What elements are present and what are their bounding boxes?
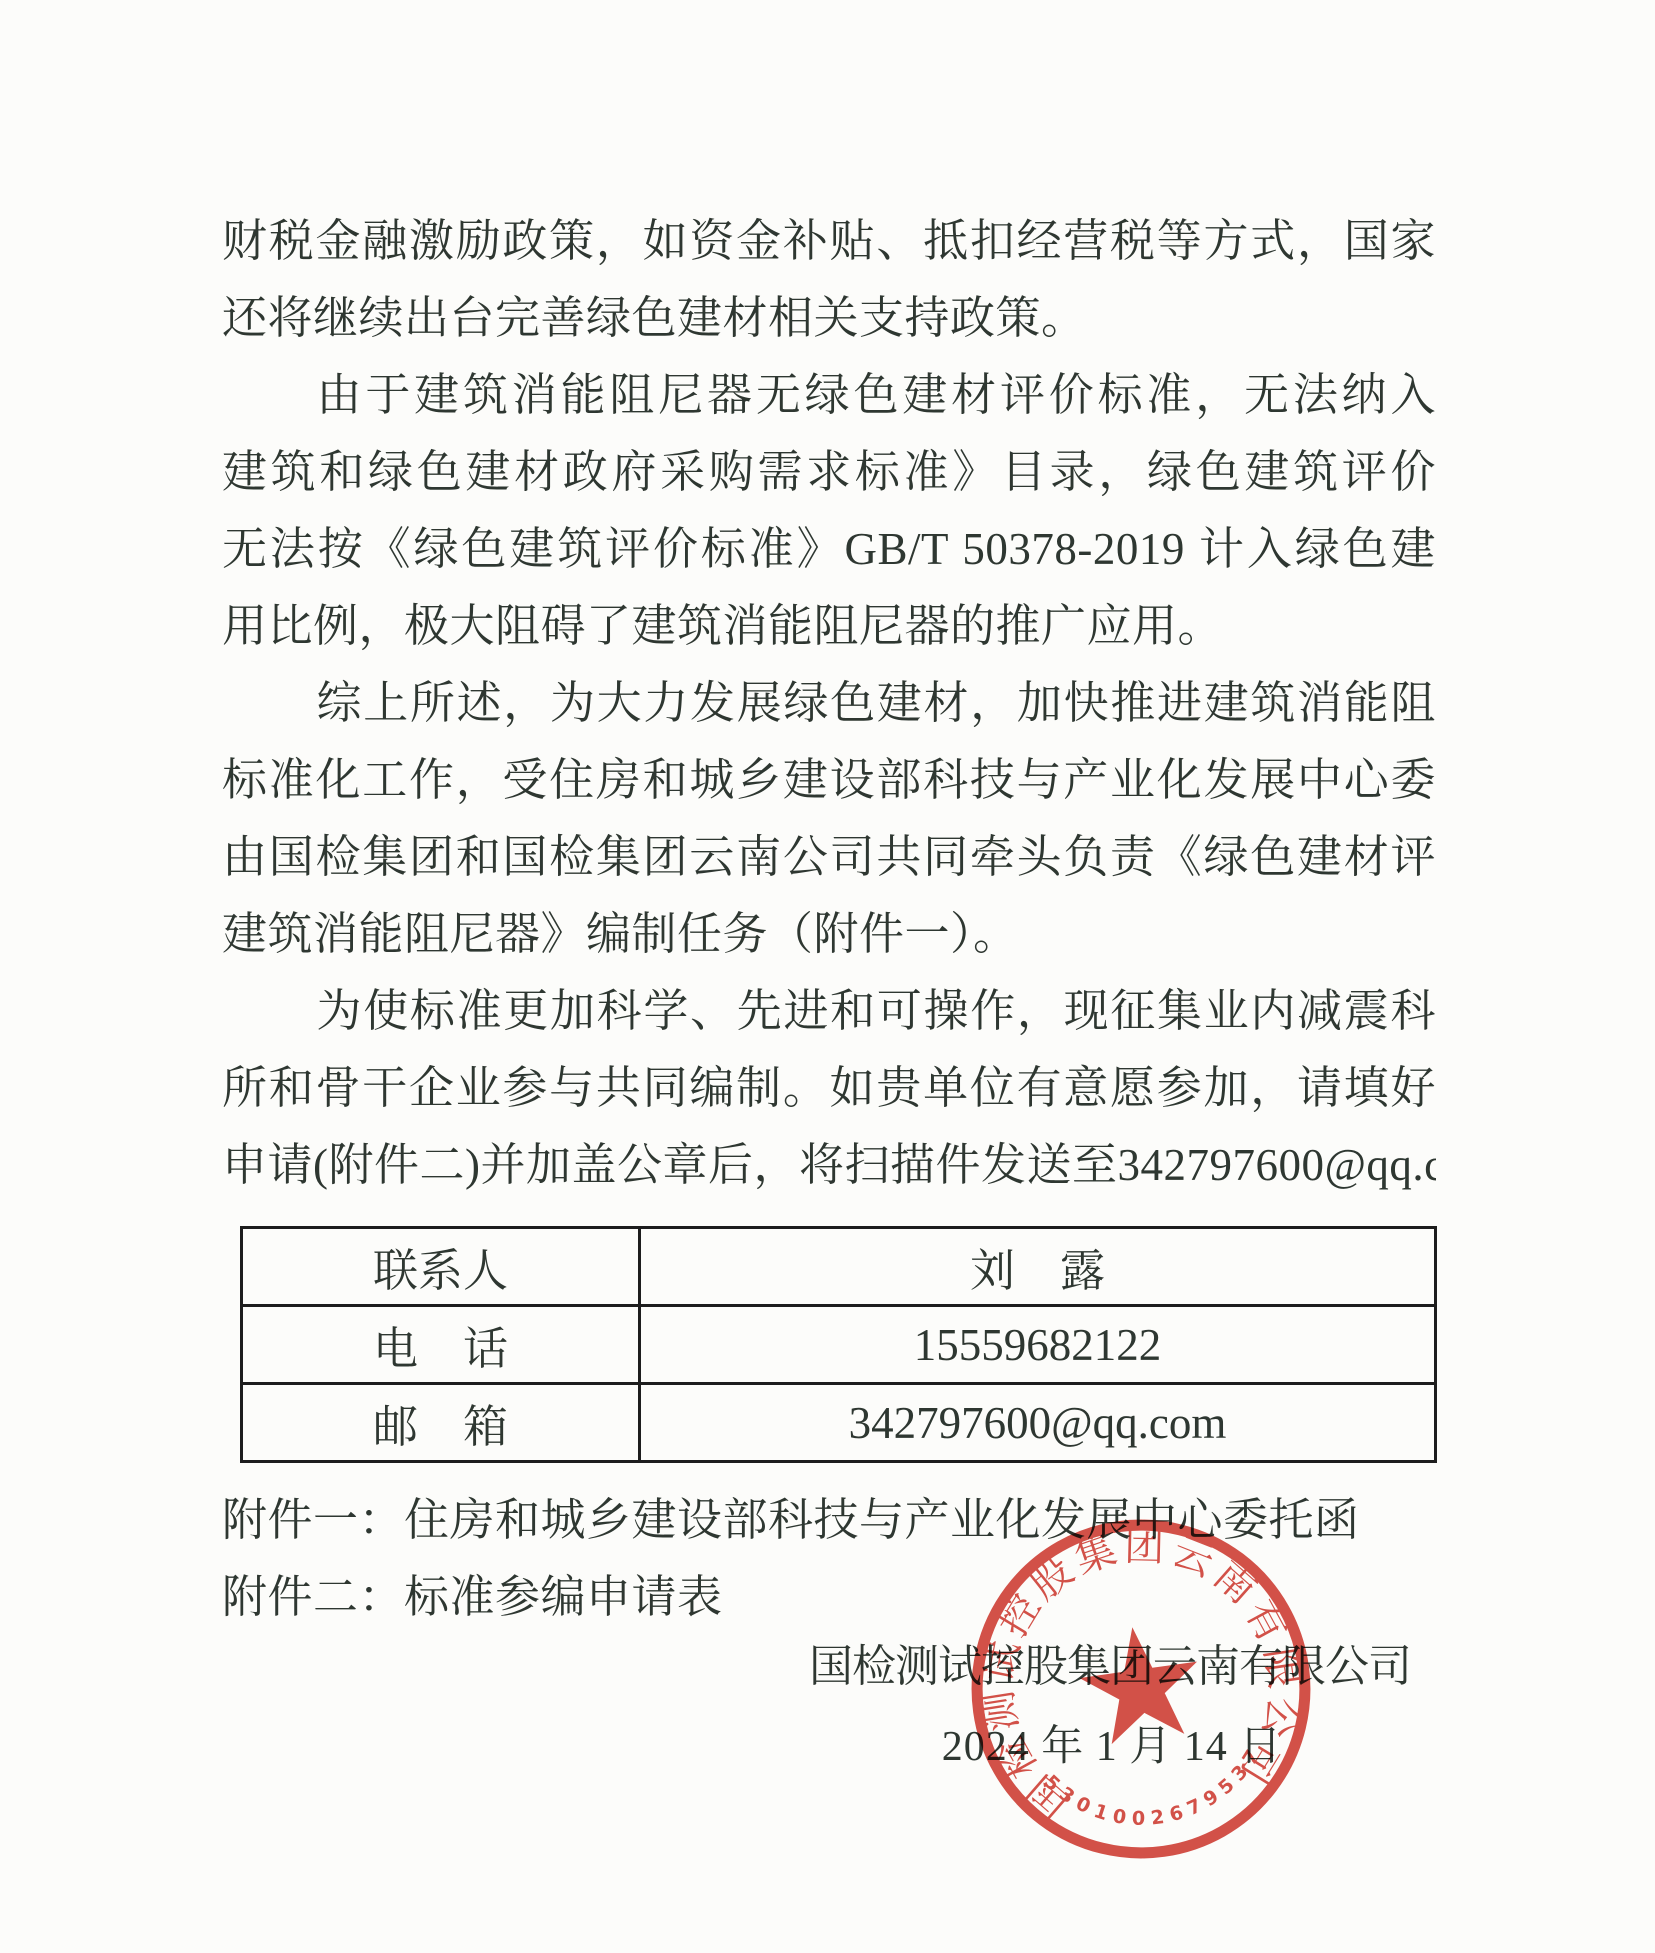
contact-value: 刘 露 xyxy=(640,1228,1436,1306)
signature-company: 国检测试控股集团云南有限公司 xyxy=(809,1630,1411,1694)
letter-body: 财税金融激励政策，如资金补贴、抵扣经营税等方式，国家层面还将继续出台完善绿色建材… xyxy=(222,203,1436,1204)
body-line: 财税金融激励政策，如资金补贴、抵扣经营税等方式，国家层面 xyxy=(222,203,1436,280)
body-line: 无法按《绿色建筑评价标准》GB/T 50378-2019 计入绿色建材应 xyxy=(222,511,1436,588)
table-row: 联系人 刘 露 xyxy=(242,1228,1436,1306)
signature-date: 2024 年 1 月 14 日 xyxy=(942,1713,1283,1773)
attachment-2: 附件二：标准参编申请表 xyxy=(222,1559,1360,1636)
table-row: 电 话 15559682122 xyxy=(242,1306,1436,1384)
contact-label: 邮 箱 xyxy=(242,1384,640,1462)
body-line: 为使标准更加科学、先进和可操作，现征集业内减震科研院 xyxy=(222,973,1436,1050)
contact-value: 342797600@qq.com xyxy=(640,1384,1436,1462)
attachments-list: 附件一：住房和城乡建设部科技与产业化发展中心委托函 附件二：标准参编申请表 xyxy=(222,1482,1360,1636)
body-line: 综上所述，为大力发展绿色建材，加快推进建筑消能阻尼器 xyxy=(222,665,1436,742)
body-line: 申请(附件二)并加盖公章后，将扫描件发送至342797600@qq.com。 xyxy=(222,1127,1436,1204)
body-line: 标准化工作，受住房和城乡建设部科技与产业化发展中心委托， xyxy=(222,742,1436,819)
body-line: 建筑消能阻尼器》编制任务（附件一）。 xyxy=(222,896,1436,973)
body-line: 用比例，极大阻碍了建筑消能阻尼器的推广应用。 xyxy=(222,588,1436,665)
body-line: 还将继续出台完善绿色建材相关支持政策。 xyxy=(222,280,1436,357)
table-row: 邮 箱 342797600@qq.com xyxy=(242,1384,1436,1462)
body-line: 由国检集团和国检集团云南公司共同牵头负责《绿色建材评价 xyxy=(222,819,1436,896)
contact-table: 联系人 刘 露 电 话 15559682122 邮 箱 342797600@qq… xyxy=(240,1226,1437,1463)
contact-label: 电 话 xyxy=(242,1306,640,1384)
body-line: 所和骨干企业参与共同编制。如贵单位有意愿参加，请填好参编 xyxy=(222,1050,1436,1127)
body-line: 建筑和绿色建材政府采购需求标准》目录，绿色建筑评价时，也 xyxy=(222,434,1436,511)
contact-value: 15559682122 xyxy=(640,1306,1436,1384)
contact-label: 联系人 xyxy=(242,1228,640,1306)
body-line: 由于建筑消能阻尼器无绿色建材评价标准，无法纳入《绿色 xyxy=(222,357,1436,434)
attachment-1: 附件一：住房和城乡建设部科技与产业化发展中心委托函 xyxy=(222,1482,1360,1559)
document-page: 财税金融激励政策，如资金补贴、抵扣经营税等方式，国家层面还将继续出台完善绿色建材… xyxy=(0,0,1655,1953)
